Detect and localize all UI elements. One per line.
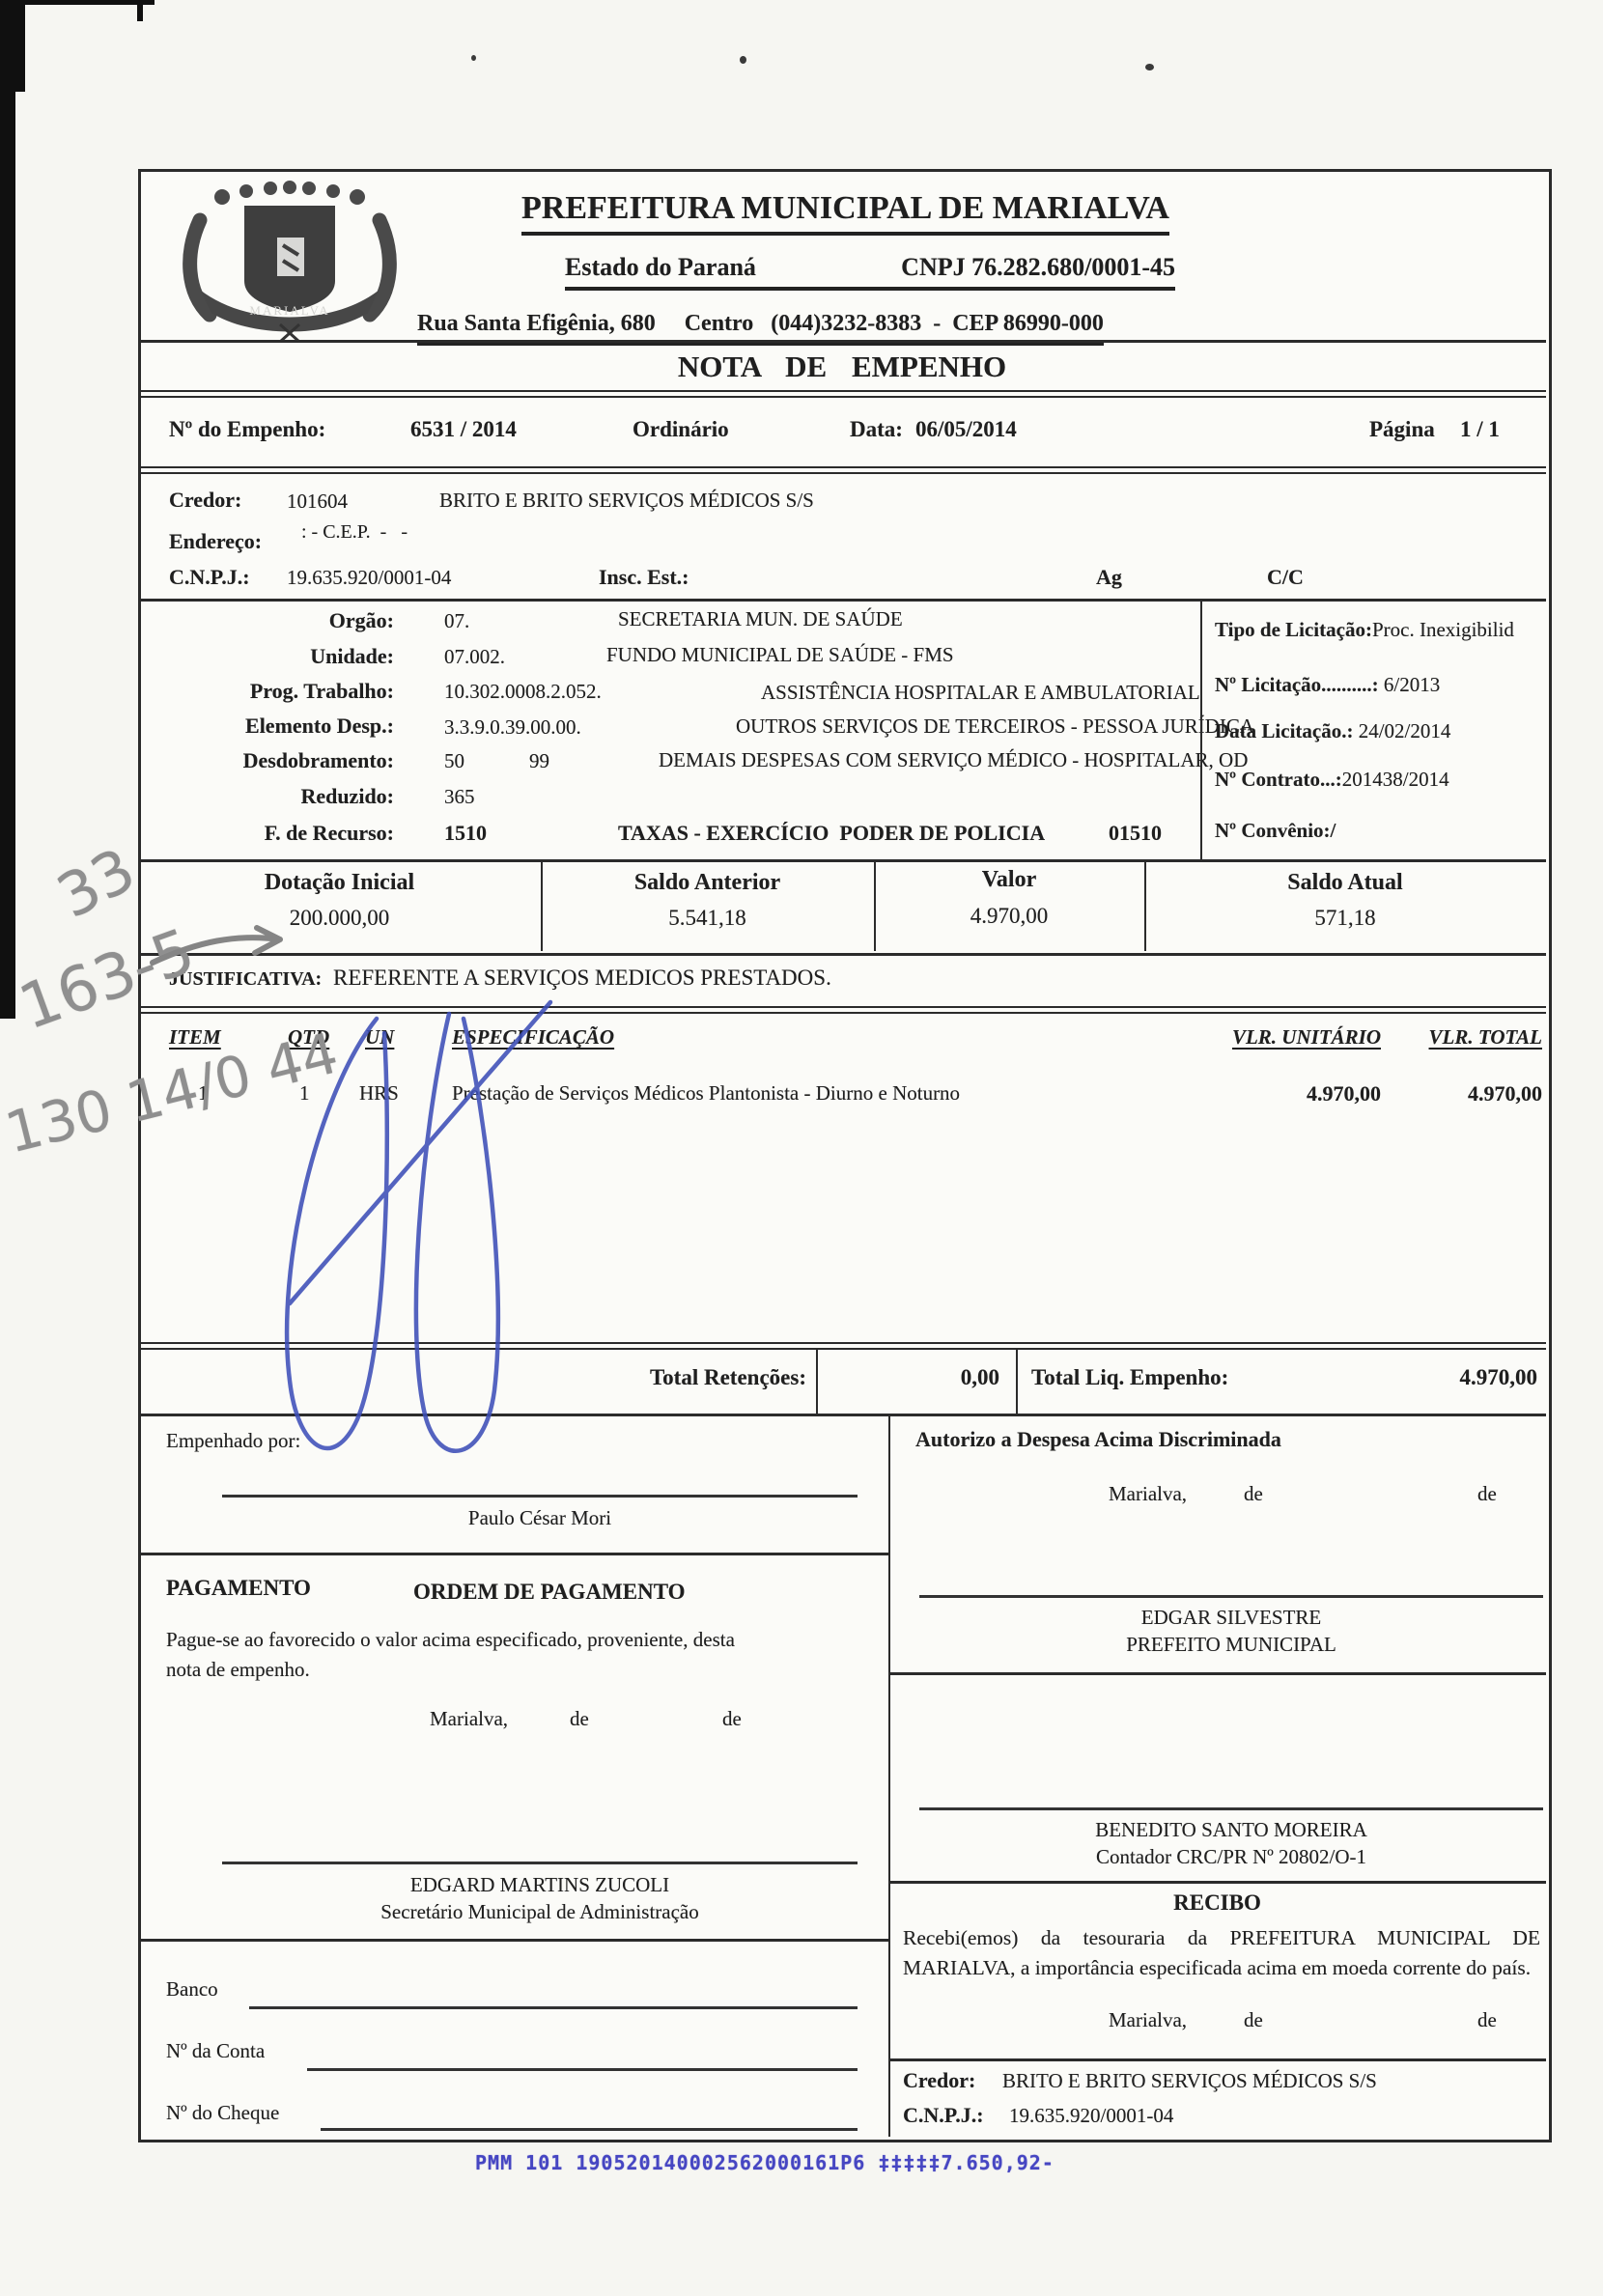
scan-speck — [471, 55, 476, 61]
valor-label: Valor — [874, 867, 1144, 894]
pagamento-signer-name: EDGARD MARTINS ZUCOLI — [222, 1873, 858, 1896]
prog-trabalho-name: ASSISTÊNCIA HOSPITALAR E AMBULATORIAL — [761, 681, 1200, 704]
tipo-licitacao-value: Proc. Inexigibilid — [1372, 618, 1514, 641]
pagamento-title: PAGAMENTO — [166, 1576, 311, 1601]
empenho-date: 06/05/2014 — [915, 417, 1017, 442]
empenho-number-label: Nº do Empenho: — [169, 417, 325, 442]
items-header-vlr-unitario: VLR. UNITÁRIO — [1212, 1025, 1381, 1049]
desdobramento-code1: 50 — [444, 749, 464, 772]
autorizo-signer-name: EDGAR SILVESTRE — [919, 1606, 1543, 1629]
pagamento-de2: de — [722, 1707, 742, 1730]
valor-value: 4.970,00 — [874, 904, 1144, 929]
autorizo-de2: de — [1477, 1482, 1497, 1505]
credor-cnpj: 19.635.920/0001-04 — [287, 566, 451, 589]
empenho-kind: Ordinário — [633, 417, 729, 442]
recibo-city: Marialva, — [1109, 2008, 1187, 2031]
scan-artifact — [0, 0, 155, 5]
svg-text:MARIALVA: MARIALVA — [249, 303, 329, 318]
credor-code: 101604 — [287, 490, 348, 513]
credor-name: BRITO E BRITO SERVIÇOS MÉDICOS S/S — [439, 489, 814, 512]
items-header-item: ITEM — [169, 1025, 221, 1049]
credor-label: Credor: — [169, 488, 241, 512]
recibo-de1: de — [1244, 2008, 1263, 2031]
dot-matrix-print: PMM 101 190520140002562000161P6 ‡‡‡‡‡7.6… — [475, 2151, 1055, 2174]
saldo-atual-value: 571,18 — [1144, 906, 1546, 931]
num-contrato-label: Nº Contrato...: — [1215, 768, 1342, 791]
total-retencoes-value: 0,00 — [826, 1365, 999, 1390]
signature-line — [919, 1807, 1543, 1810]
banco-line — [249, 2006, 858, 2009]
recibo-title: RECIBO — [888, 1890, 1546, 1916]
recibo-credor-name: BRITO E BRITO SERVIÇOS MÉDICOS S/S — [1002, 2069, 1377, 2092]
divider — [138, 599, 1546, 602]
header-cnpj: CNPJ 76.282.680/0001-45 — [901, 253, 1175, 282]
pagamento-text-line1: Pague-se ao favorecido o valor acima esp… — [166, 1628, 735, 1651]
num-licitacao: Nº Licitação..........: 6/2013 — [1215, 673, 1440, 696]
divider — [1200, 599, 1202, 861]
f-recurso-extra: 01510 — [1109, 821, 1162, 845]
num-licitacao-value: 6/2013 — [1379, 673, 1441, 696]
banco-label: Banco — [166, 1977, 218, 2001]
cheque-label: Nº do Cheque — [166, 2101, 279, 2124]
contador-role: Contador CRC/PR Nº 20802/O-1 — [919, 1845, 1543, 1868]
elemento-desp-name: OUTROS SERVIÇOS DE TERCEIROS - PESSOA JU… — [736, 714, 1254, 738]
signature-line — [919, 1595, 1543, 1598]
header-subtitle-row: Estado do Paraná CNPJ 76.282.680/0001-45 — [565, 253, 1175, 291]
elemento-desp-code: 3.3.9.0.39.00.00. — [444, 715, 581, 739]
saldo-anterior-label: Saldo Anterior — [541, 870, 874, 897]
saldo-anterior-value: 5.541,18 — [541, 906, 874, 931]
page-title: PREFEITURA MUNICIPAL DE MARIALVA — [521, 189, 1169, 236]
pagamento-de1: de — [570, 1707, 589, 1730]
orgao-code: 07. — [444, 609, 469, 632]
empenho-date-label: Data: — [850, 417, 903, 442]
num-contrato: Nº Contrato...:201438/2014 — [1215, 768, 1449, 791]
autorizo-signer-role: PREFEITO MUNICIPAL — [919, 1633, 1543, 1656]
recibo-de2: de — [1477, 2008, 1497, 2031]
divider — [888, 1881, 1546, 1884]
autorizo-title: Autorizo a Despesa Acima Discriminada — [915, 1427, 1281, 1451]
divider — [138, 466, 1546, 468]
desdobramento-label: Desdobramento: — [138, 748, 394, 772]
divider — [138, 396, 1546, 398]
divider — [888, 2058, 1546, 2061]
prog-trabalho-label: Prog. Trabalho: — [138, 679, 394, 703]
signature-line — [222, 1862, 858, 1864]
empenhado-assinatura: Paulo César Mori — [222, 1506, 858, 1529]
reduzido-value: 365 — [444, 785, 475, 808]
divider — [138, 390, 1546, 392]
item-row-vlr-unitario: 4.970,00 — [1212, 1081, 1381, 1106]
scan-artifact — [0, 0, 25, 92]
conta-label: Nº da Conta — [166, 2039, 265, 2062]
elemento-desp-label: Elemento Desp.: — [138, 714, 394, 738]
divider — [888, 1416, 890, 2137]
total-liq-empenho-label: Total Liq. Empenho: — [1031, 1365, 1228, 1390]
f-recurso-label: F. de Recurso: — [138, 821, 394, 845]
orgao-label: Orgão: — [138, 608, 394, 632]
divider — [138, 472, 1546, 474]
insc-est-label: Insc. Est.: — [599, 565, 689, 589]
tipo-licitacao: Tipo de Licitação:Proc. Inexigibilid — [1215, 618, 1514, 641]
unidade-label: Unidade: — [138, 644, 394, 668]
contador-name: BENEDITO SANTO MOREIRA — [919, 1818, 1543, 1841]
divider — [138, 340, 1546, 343]
divider — [138, 1939, 888, 1942]
num-convenio-label: Nº Convênio:/ — [1215, 819, 1336, 842]
conta-line — [307, 2068, 858, 2071]
recibo-cnpj: 19.635.920/0001-04 — [1009, 2104, 1173, 2127]
unidade-name: FUNDO MUNICIPAL DE SAÚDE - FMS — [606, 643, 954, 666]
scan-speck — [740, 56, 746, 64]
handwritten-note-1: 33 — [45, 834, 146, 932]
desdobramento-name: DEMAIS DESPESAS COM SERVIÇO MÉDICO - HOS… — [659, 748, 1248, 771]
credor-cnpj-label: C.N.P.J.: — [169, 565, 250, 589]
divider — [888, 1672, 1546, 1675]
dotacao-inicial-label: Dotação Inicial — [138, 870, 541, 897]
data-licitacao-label: Data Licitação.: — [1215, 719, 1353, 742]
data-licitacao: Data Licitação.: 24/02/2014 — [1215, 719, 1450, 742]
desdobramento-code2: 99 — [529, 749, 549, 772]
unidade-code: 07.002. — [444, 645, 505, 668]
pagamento-text-line2: nota de empenho. — [166, 1658, 310, 1681]
f-recurso-code: 1510 — [444, 821, 487, 845]
recibo-text: Recebi(emos) da tesouraria da PREFEITURA… — [903, 1923, 1540, 1983]
autorizo-de1: de — [1244, 1482, 1263, 1505]
ordem-pagamento-title: ORDEM DE PAGAMENTO — [413, 1580, 686, 1605]
empenho-page: 1 / 1 — [1460, 417, 1500, 442]
divider — [138, 953, 1546, 956]
divider — [138, 859, 1546, 862]
scan-speck — [1145, 64, 1154, 70]
saldo-atual-label: Saldo Atual — [1144, 870, 1546, 897]
recibo-credor-label: Credor: — [903, 2068, 975, 2092]
divider — [816, 1350, 818, 1414]
endereco-label: Endereço: — [169, 529, 262, 553]
ag-label: Ag — [1096, 565, 1122, 589]
item-row-vlr-total: 4.970,00 — [1412, 1081, 1542, 1106]
num-contrato-value: 201438/2014 — [1342, 768, 1449, 791]
endereco-value: : - C.E.P. - - — [301, 521, 408, 544]
scan-artifact — [0, 87, 15, 1019]
cheque-line — [321, 2128, 858, 2131]
num-licitacao-label: Nº Licitação..........: — [1215, 673, 1379, 696]
items-header-vlr-total: VLR. TOTAL — [1412, 1025, 1542, 1049]
autorizo-city: Marialva, — [1109, 1482, 1187, 1505]
empenho-number: 6531 / 2014 — [410, 417, 517, 442]
pagamento-signer-role: Secretário Municipal de Administração — [222, 1900, 858, 1923]
orgao-name: SECRETARIA MUN. DE SAÚDE — [618, 607, 903, 630]
tipo-licitacao-label: Tipo de Licitação: — [1215, 618, 1372, 641]
pen-scribble — [232, 975, 618, 1497]
data-licitacao-value: 24/02/2014 — [1353, 719, 1450, 742]
pagamento-city: Marialva, — [430, 1707, 508, 1730]
f-recurso-name: TAXAS - EXERCÍCIO PODER DE POLICIA — [618, 821, 1045, 845]
divider — [138, 1553, 888, 1555]
header-state: Estado do Paraná — [565, 253, 756, 282]
recibo-cnpj-label: C.N.P.J.: — [903, 2103, 984, 2127]
prog-trabalho-code: 10.302.0008.2.052. — [444, 680, 602, 703]
divider — [1016, 1350, 1018, 1414]
total-liq-empenho-value: 4.970,00 — [1352, 1365, 1537, 1390]
cc-label: C/C — [1267, 565, 1304, 589]
reduzido-label: Reduzido: — [138, 784, 394, 808]
doc-title: NOTA DE EMPENHO — [138, 350, 1546, 384]
scanned-document-page: MARIALVA PREFEITURA MUNICIPAL DE MARIALV… — [0, 0, 1603, 2296]
scan-artifact — [137, 0, 143, 21]
coat-of-arms: MARIALVA — [169, 182, 410, 334]
empenho-page-label: Página — [1369, 417, 1435, 442]
